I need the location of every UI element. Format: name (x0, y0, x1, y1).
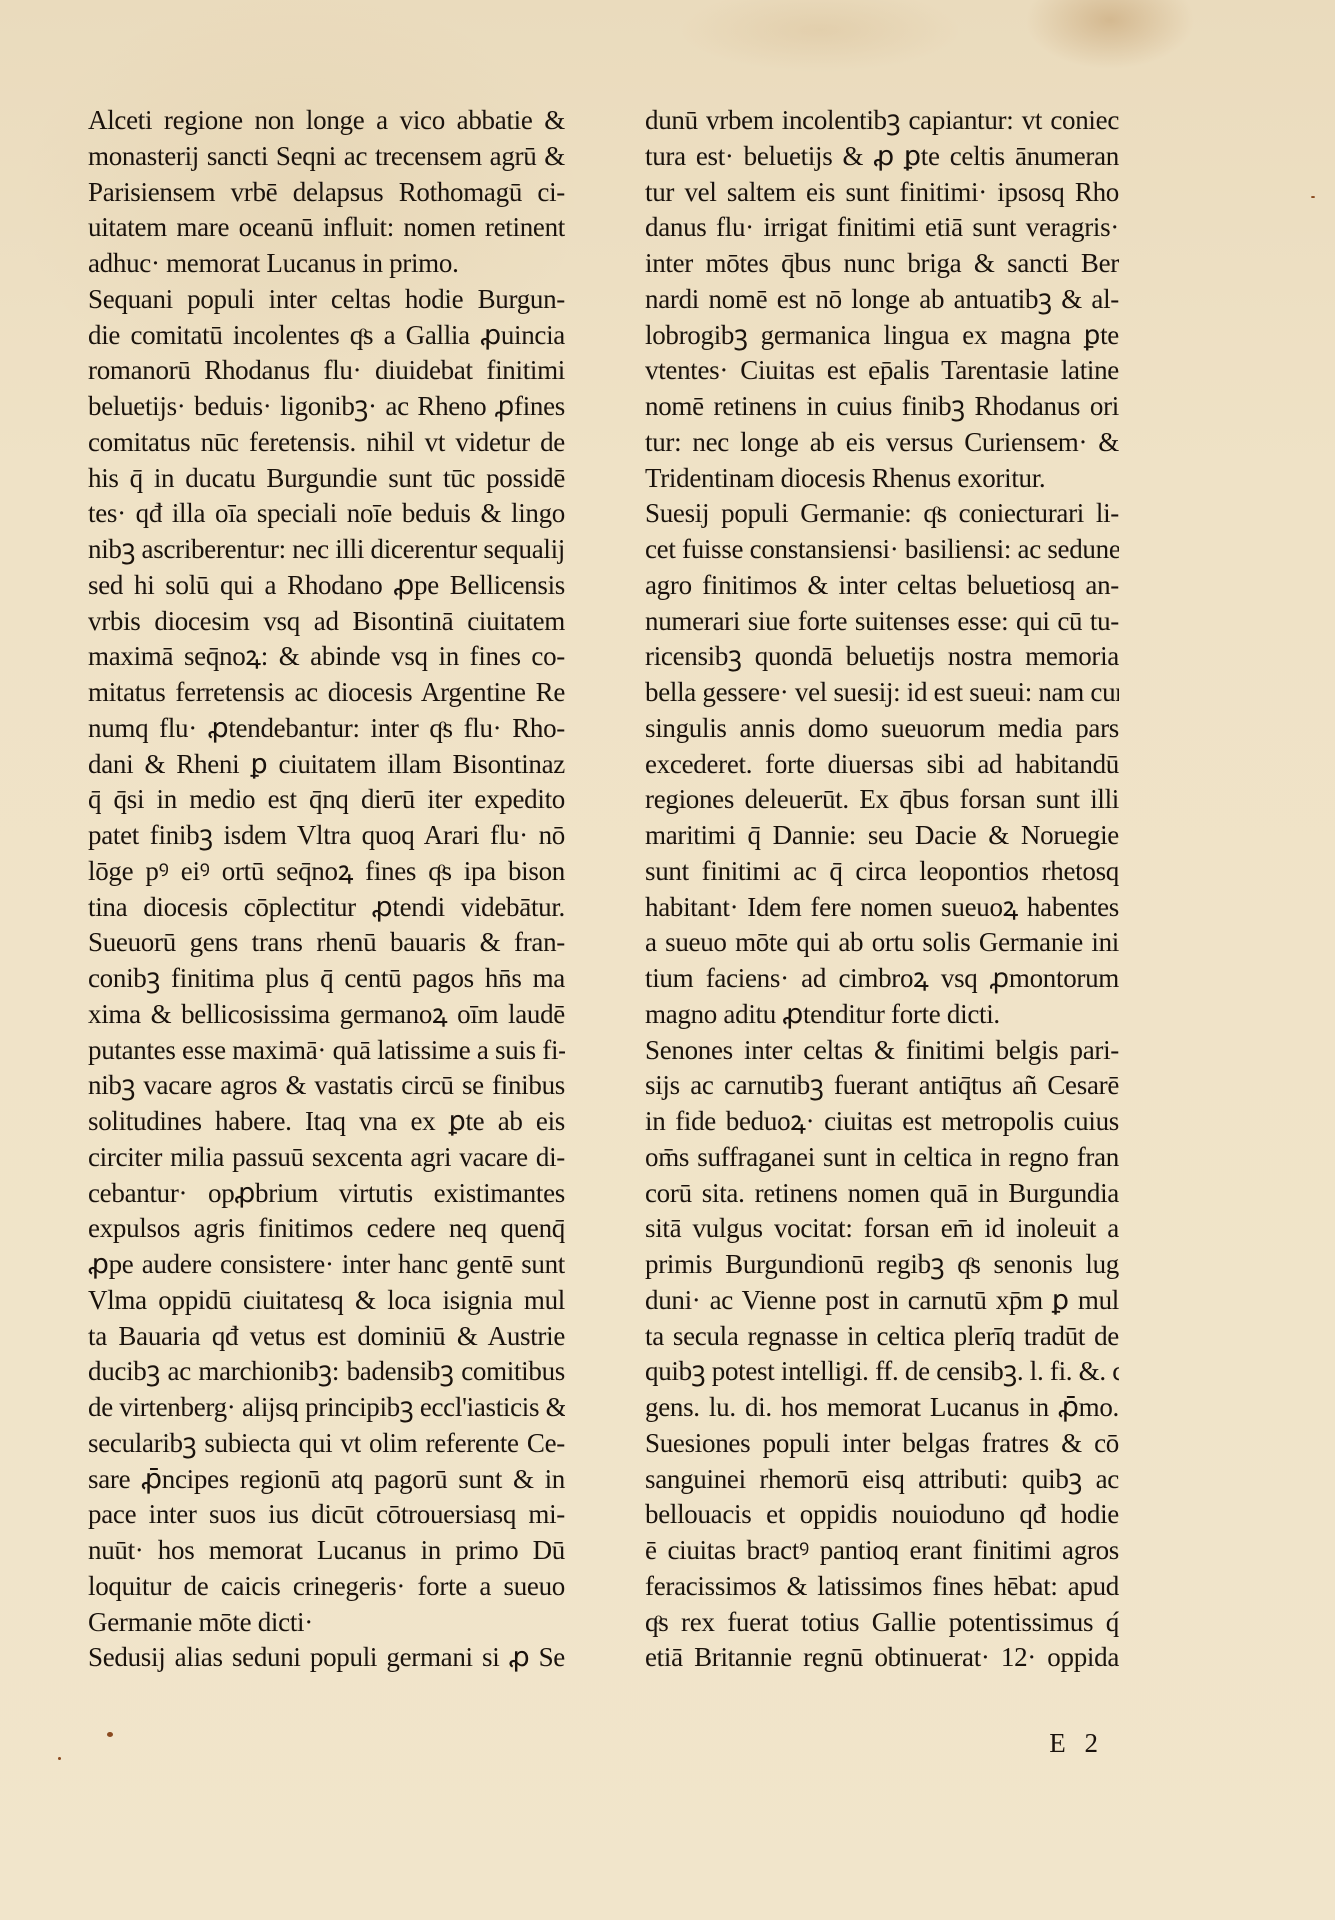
text-line: tur vel saltem eis sunt finitimi· ipsosq… (645, 175, 1119, 211)
text-line: lōge pꝰ eiꝰ ortū seq̄noꝝ fines qͦs ipa b… (88, 854, 565, 890)
text-line: regiones deleuerūt. Ex q̄bus forsan sunt… (645, 782, 1119, 818)
text-line: sitā vulgus vocitat: forsan em̄ id inole… (645, 1211, 1119, 1247)
text-line: sanguinei rhemorū eisq attributi: quibꝫ … (645, 1462, 1119, 1498)
text-line: xima & bellicosissima germanoꝝ oīm laudē (88, 997, 565, 1033)
text-line: danus flu· irrigat finitimi etiā sunt ve… (645, 210, 1119, 246)
text-line: ricensibꝫ quondā beluetijs nostra memori… (645, 639, 1119, 675)
text-line: Senones inter celtas & finitimi belgis p… (645, 1033, 1119, 1069)
text-line: Sequani populi inter celtas hodie Burgun… (88, 282, 565, 318)
foxing-spot (1311, 196, 1315, 198)
text-line: beluetijs· beduis· ligonibꝫ· ac Rheno ꝓf… (88, 389, 565, 425)
text-line: numq flu· ꝓtendebantur: inter qͦs flu· R… (88, 711, 565, 747)
text-line: singulis annis domo sueuorum media pars (645, 711, 1119, 747)
text-line: die comitatū incolentes qͦs a Gallia ꝓui… (88, 318, 565, 354)
text-line: quibꝫ potest intelligi. ff. de censibꝫ. … (645, 1354, 1119, 1390)
text-line: bella gessere· vel suesij: id est sueui:… (645, 675, 1119, 711)
text-line: sare ꝓ̄ncipes regionū atq pagorū sunt & … (88, 1462, 565, 1498)
text-line: Germanie mōte dicti· (88, 1605, 565, 1641)
foxing-spot (58, 1757, 61, 1760)
text-line: feracissimos & latissimos fines hēbat: a… (645, 1569, 1119, 1605)
text-line: sunt finitimi ac q̄ circa leopontios rhe… (645, 854, 1119, 890)
text-line: Sedusij alias seduni populi germani si ꝓ… (88, 1640, 565, 1676)
text-line: primis Burgundionū regibꝫ qͦs senonis lu… (645, 1247, 1119, 1283)
text-line: dunū vrbem incolentibꝫ capiantur: vt con… (645, 103, 1119, 139)
text-line: excederet. forte diuersas sibi ad habita… (645, 747, 1119, 783)
text-line: q̄ q̄si in medio est q̄nq dierū iter exp… (88, 782, 565, 818)
text-line: Alceti regione non longe a vico abbatie … (88, 103, 565, 139)
text-line: mitatus ferretensis ac diocesis Argentin… (88, 675, 565, 711)
text-line: bellouacis et oppidis nouioduno qđ hodie (645, 1497, 1119, 1533)
text-line: tura est· beluetijs & ꝓ ꝑte celtis ānume… (645, 139, 1119, 175)
text-line: Suesij populi Germanie: qͦs coniecturari… (645, 496, 1119, 532)
text-line: habitant· Idem fere nomen sueuoꝝ habente… (645, 890, 1119, 926)
foxing-spot (107, 1732, 113, 1737)
text-line: vrbis diocesim vsq ad Bisontinā ciuitate… (88, 604, 565, 640)
text-line: ē ciuitas bractꝰ pantioq erant finitimi … (645, 1533, 1119, 1569)
text-line: ducibꝫ ac marchionibꝫ: badensibꝫ comitib… (88, 1354, 565, 1390)
text-line: nuūt· hos memorat Lucanus in primo Dū (88, 1533, 565, 1569)
text-line: putantes esse maximā· quā latissime a su… (88, 1033, 565, 1069)
text-line: ꝓpe audere consistere· inter hanc gentē … (88, 1247, 565, 1283)
text-line: nardi nomē est nō longe ab antuatibꝫ & a… (645, 282, 1119, 318)
text-column-right: dunū vrbem incolentibꝫ capiantur: vt con… (645, 103, 1119, 1676)
text-line: qͦs rex fuerat totius Gallie potentissim… (645, 1605, 1119, 1641)
text-column-left: Alceti regione non longe a vico abbatie … (88, 103, 565, 1676)
text-line: ta secula regnasse in celtica plerīq tra… (645, 1319, 1119, 1355)
text-line: de virtenberg· alijsq principibꝫ eccl'ia… (88, 1390, 565, 1426)
text-line: solitudines habere. Itaq vna ex ꝑte ab e… (88, 1104, 565, 1140)
text-line: gens. lu. di. hos memorat Lucanus in ꝓ̄m… (645, 1390, 1119, 1426)
text-line: ta Bauaria qđ vetus est dominiū & Austri… (88, 1319, 565, 1355)
text-line: vtentes· Ciuitas est ep̄alis Tarentasie … (645, 353, 1119, 389)
text-line: magno aditu ꝓtenditur forte dicti. (645, 997, 1119, 1033)
text-line: om̄s suffraganei sunt in celtica in regn… (645, 1140, 1119, 1176)
text-line: corū sita. retinens nomen quā in Burgund… (645, 1176, 1119, 1212)
text-line: etiā Britannie regnū obtinuerat· 12· opp… (645, 1640, 1119, 1676)
text-line: a sueuo mōte qui ab ortu solis Germanie … (645, 925, 1119, 961)
text-line: his q̄ in ducatu Burgundie sunt tūc poss… (88, 461, 565, 497)
text-line: inter mōtes q̄bus nunc briga & sancti Be… (645, 246, 1119, 282)
text-line: Vlma oppidū ciuitatesq & loca isignia mu… (88, 1283, 565, 1319)
text-line: lobrogibꝫ germanica lingua ex magna ꝑte (645, 318, 1119, 354)
text-line: dani & Rheni ꝑ ciuitatem illam Bisontina… (88, 747, 565, 783)
text-line: loquitur de caicis crinegeris· forte a s… (88, 1569, 565, 1605)
text-line: sijs ac carnutibꝫ fuerant antiq̄tus añ C… (645, 1068, 1119, 1104)
text-line: nomē retinens in cuius finibꝫ Rhodanus o… (645, 389, 1119, 425)
text-line: agro finitimos & inter celtas beluetiosq… (645, 568, 1119, 604)
text-line: pace inter suos ius dicūt cōtrouersiasq … (88, 1497, 565, 1533)
text-line: conibꝫ finitima plus q̄ centū pagos hn̄s… (88, 961, 565, 997)
text-line: tur: nec longe ab eis versus Curiensem· … (645, 425, 1119, 461)
signature-mark: E 2 (1040, 1728, 1104, 1759)
text-line: comitatus nūc feretensis. nihil vt videt… (88, 425, 565, 461)
text-line: Parisiensem vrbē delapsus Rothomagū ci- (88, 175, 565, 211)
text-line: tium faciens· ad cimbroꝝ vsq ꝓmontorum (645, 961, 1119, 997)
text-line: secularibꝫ subiecta qui vt olim referent… (88, 1426, 565, 1462)
text-line: Sueuorū gens trans rhenū bauaris & fran- (88, 925, 565, 961)
text-line: cebantur· opꝓbrium virtutis existimantes (88, 1176, 565, 1212)
text-line: maritimi q̄ Dannie: seu Dacie & Noruegie (645, 818, 1119, 854)
text-line: numerari siue forte suitenses esse: qui … (645, 604, 1119, 640)
text-line: maximā seq̄noꝝ: & abinde vsq in fines co… (88, 639, 565, 675)
text-line: expulsos agris finitimos cedere neq quen… (88, 1211, 565, 1247)
text-line: tes· qđ illa oīa speciali noīe beduis & … (88, 496, 565, 532)
text-line: nibꝫ ascriberentur: nec illi dicerentur … (88, 532, 565, 568)
text-line: cet fuisse constansiensi· basiliensi: ac… (645, 532, 1119, 568)
text-line: adhuc· memorat Lucanus in primo. (88, 246, 565, 282)
text-line: nibꝫ vacare agros & vastatis circū se fi… (88, 1068, 565, 1104)
text-line: patet finibꝫ isdem Vltra quoq Arari flu·… (88, 818, 565, 854)
text-line: in fide beduoꝝ· ciuitas est metropolis c… (645, 1104, 1119, 1140)
text-line: romanorū Rhodanus flu· diuidebat finitim… (88, 353, 565, 389)
text-line: duni· ac Vienne post in carnutū xp̄m ꝑ m… (645, 1283, 1119, 1319)
text-line: tina diocesis cōplectitur ꝓtendi videbāt… (88, 890, 565, 926)
text-line: Suesiones populi inter belgas fratres & … (645, 1426, 1119, 1462)
text-line: Tridentinam diocesis Rhenus exoritur. (645, 461, 1119, 497)
text-line: uitatem mare oceanū influit: nomen retin… (88, 210, 565, 246)
text-line: monasterij sancti Seqni ac trecensem agr… (88, 139, 565, 175)
text-line: sed hi solū qui a Rhodano ꝓpe Bellicensi… (88, 568, 565, 604)
text-line: circiter milia passuū sexcenta agri vaca… (88, 1140, 565, 1176)
